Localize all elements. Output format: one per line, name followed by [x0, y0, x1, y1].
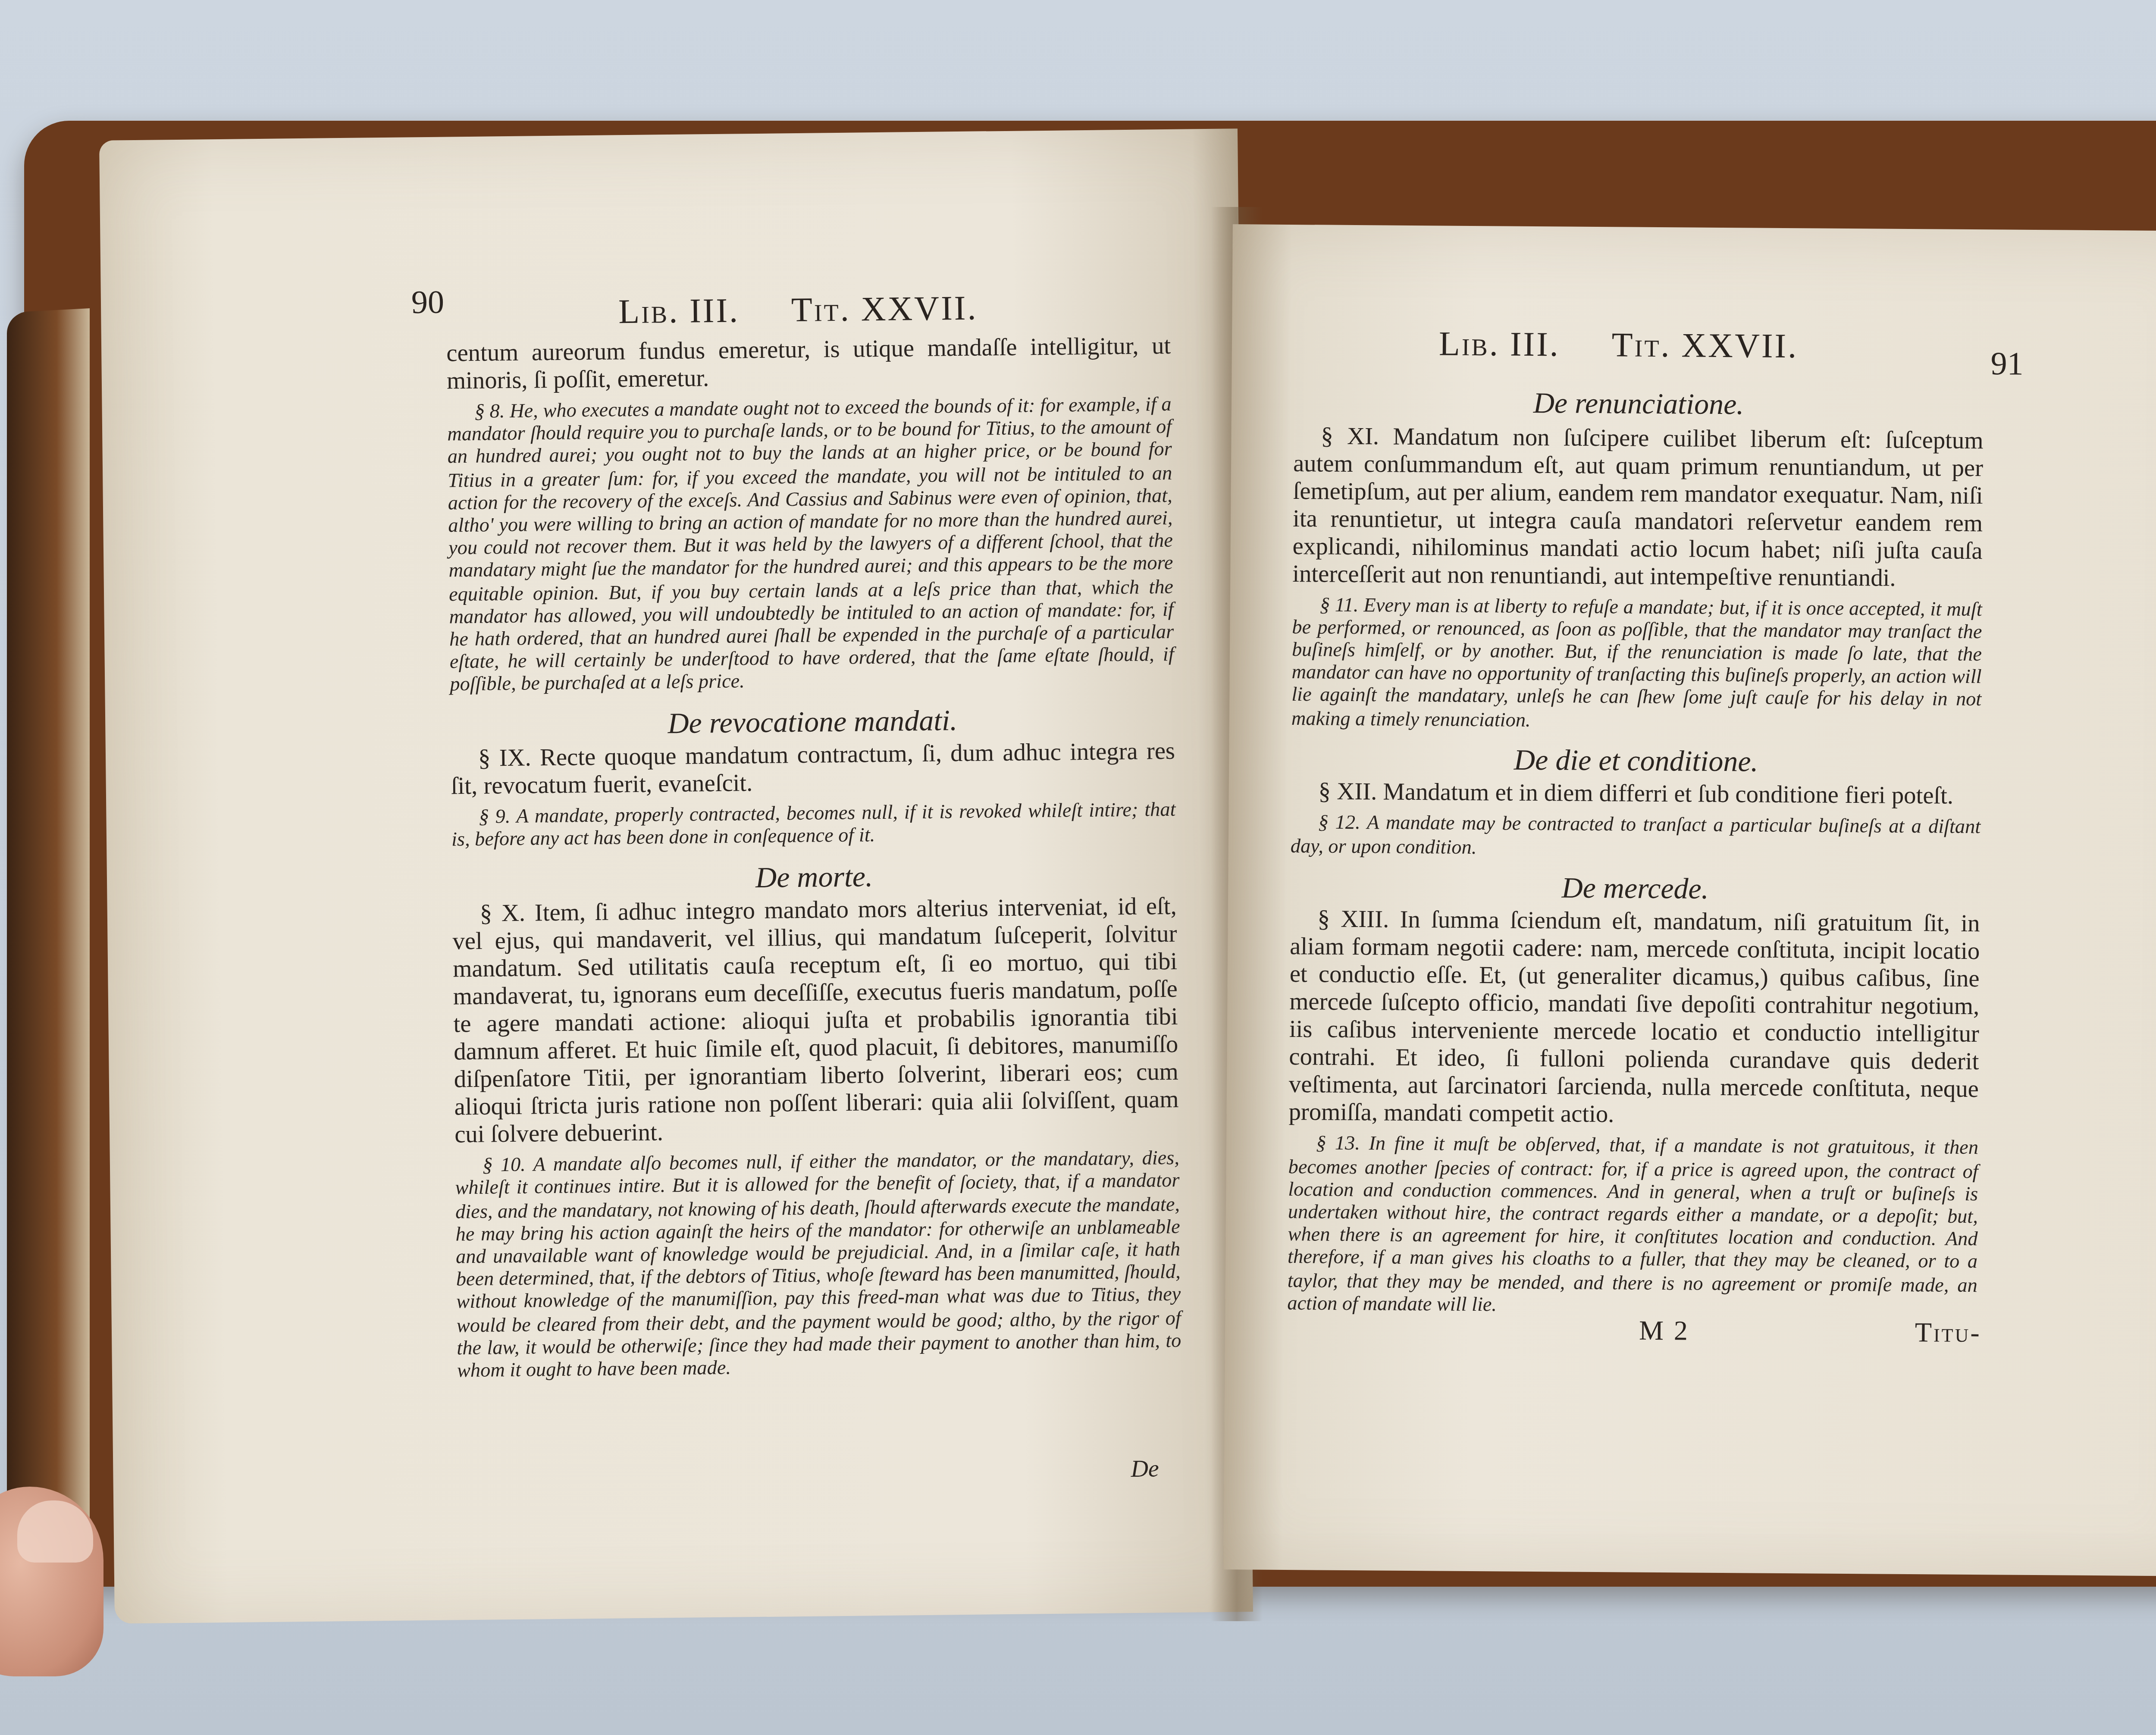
section-heading-renunciatione: De renunciatione.: [1294, 390, 1984, 420]
paragraph-latin-ix: § IX. Recte quoque mandatum contractum, …: [451, 739, 1175, 802]
left-text-column: centum aureorum fundus emeretur, is utiq…: [446, 333, 1181, 1388]
paragraph-latin-xi: § XI. Mandatum non ſuſcipere cuilibet li…: [1292, 422, 1984, 592]
paragraph-latin: centum aureorum fundus emeretur, is utiq…: [446, 333, 1171, 396]
paragraph-english-9: § 9. A mandate, properly contracted, bec…: [451, 799, 1176, 852]
signature-mark: M 2: [1639, 1317, 1689, 1349]
photo-scene: 90 Lib. III. Tit. XXVII. centum aureorum…: [0, 0, 2156, 1735]
section-heading-die-conditione: De die et conditione.: [1291, 747, 1981, 777]
page-number-right: 91: [1990, 347, 2024, 385]
paragraph-english-11: § 11. Every man is at liberty to refuſe …: [1291, 593, 1982, 734]
left-page: 90 Lib. III. Tit. XXVII. centum aureorum…: [99, 128, 1253, 1623]
paragraph-latin-x: § X. Item, ſi adhuc integro mandato mors…: [452, 894, 1179, 1150]
section-heading-revocatione: De revocatione mandati.: [450, 706, 1175, 739]
section-heading-morte: De morte.: [452, 861, 1177, 894]
running-head-tit: Tit. XXVII.: [1611, 327, 1798, 366]
running-head-right: Lib. III. Tit. XXVII.: [1439, 326, 1799, 368]
running-head-lib: Lib. III.: [1439, 326, 1560, 364]
catchword-right: Titu-: [1915, 1319, 1981, 1350]
section-heading-mercede: De mercede.: [1290, 874, 1980, 905]
paragraph-english-12: § 12. A mandate may be contracted to tra…: [1291, 812, 1981, 862]
paragraph-english-8: § 8. He, who executes a mandate ought no…: [447, 393, 1174, 697]
running-head-tit: Tit. XXVII.: [791, 290, 978, 330]
right-text-column: De renunciatione. § XI. Mandatum non ſuſ…: [1287, 373, 1984, 1325]
paragraph-latin-xiii: § XIII. In ſumma ſciendum eſt, mandatum,…: [1288, 907, 1980, 1132]
running-head-lib: Lib. III.: [618, 292, 740, 332]
paragraph-latin-xii: § XII. Mandatum et in diem differri et ſ…: [1291, 779, 1981, 811]
running-head-left: Lib. III. Tit. XXVII.: [618, 290, 978, 334]
catchword-left: De: [1131, 1457, 1159, 1485]
book-cover-left-edge: [7, 308, 90, 1554]
right-page: Lib. III. Tit. XXVII. 91 De renunciation…: [1223, 224, 2156, 1576]
paragraph-english-10: § 10. A mandate alſo becomes null, if ei…: [455, 1147, 1181, 1383]
page-number-left: 90: [411, 285, 445, 324]
paragraph-english-13: § 13. In fine it muſt be obſerved, that,…: [1287, 1133, 1978, 1320]
